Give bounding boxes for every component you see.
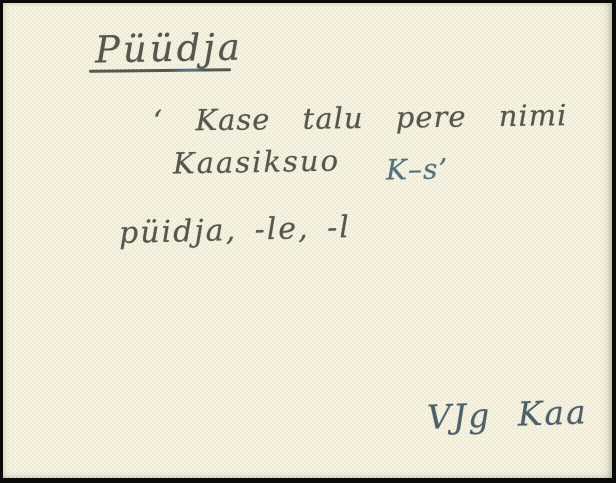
parish-collector-signature: VJg Kaa — [426, 392, 588, 437]
index-card-paper: Püüdja ‘ Kase talu pere nimi Kaasiksuo K… — [3, 3, 612, 478]
headword-underline — [89, 68, 231, 72]
quote-line-2-place-name: Kaasiksuo — [173, 144, 341, 181]
headword: Püüdja — [95, 25, 244, 71]
quote-line-2-abbreviation: K–s’ — [386, 152, 449, 186]
word-forms-line: püidja, -le, -l — [119, 210, 352, 251]
scanned-card: Püüdja ‘ Kase talu pere nimi Kaasiksuo K… — [0, 0, 616, 483]
quote-line-1: ‘ Kase talu pere nimi — [153, 98, 568, 138]
